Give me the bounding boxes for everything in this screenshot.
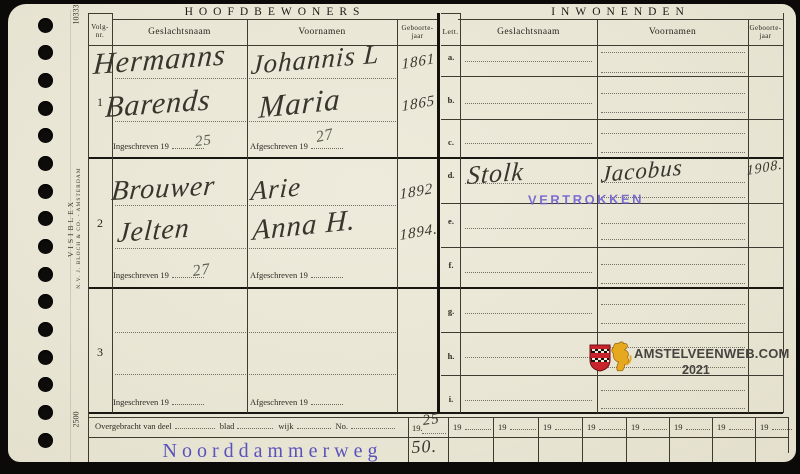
form-number: 10333 (72, 0, 81, 45)
year-cell: 19 (631, 422, 667, 432)
entry-surname: Jelten (116, 213, 191, 250)
row-letter: e. (444, 216, 458, 226)
punch-hole (38, 239, 53, 254)
print-run-number: 2500 (72, 390, 81, 450)
punch-hole (38, 156, 53, 171)
header-surname-right: Geslachtsnaam (460, 27, 597, 37)
year-cell: 19 (760, 422, 792, 432)
punch-hole (38, 267, 53, 282)
header-volgnr: Volg- nr. (88, 23, 112, 39)
row-letter: c. (444, 137, 458, 147)
vertrokken-stamp: VERTROKKEN (528, 191, 644, 207)
punch-hole (38, 322, 53, 337)
punch-hole (38, 18, 53, 33)
row-letter: h. (444, 351, 458, 361)
header-lett: Lett. (441, 27, 460, 36)
year-cell: 19 (498, 422, 536, 432)
header-year-right: Geboorte- jaar (748, 24, 783, 40)
year-cell: 19 (543, 422, 581, 432)
group-number-3: 3 (90, 345, 110, 360)
transfer-year-prefix: 19. (412, 423, 423, 433)
transfer-line: Overgebracht van deel blad wijk No. (95, 421, 395, 431)
street-stamp: Noorddammerweg (140, 440, 405, 463)
right-table-title: INWONENDEN (458, 6, 783, 18)
entry-firstnames: Arie (250, 171, 302, 207)
punch-hole (38, 73, 53, 88)
printer-imprint: VISIBLEX N.V. J. BLOCH & CO. - AMSTERDAM (67, 158, 83, 298)
scanned-register-card: 10333 VISIBLEX N.V. J. BLOCH & CO. - AMS… (0, 0, 800, 474)
lion-icon (608, 340, 634, 372)
registered-label-3: Ingeschreven 19 (113, 397, 204, 407)
entry-surname: Stolk (466, 157, 525, 191)
header-year-left: Geboorte- jaar (397, 24, 438, 40)
punch-hole (38, 405, 53, 420)
deregistered-label-3: Afgeschreven 19 (250, 397, 343, 407)
punch-hole (38, 101, 53, 116)
row-letter: g. (444, 306, 458, 316)
header-firstnames-left: Voornamen (247, 27, 397, 37)
punch-hole (38, 350, 53, 365)
registered-label-1: Ingeschreven 19 (113, 141, 204, 151)
row-letter: a. (444, 52, 458, 62)
punch-hole (38, 294, 53, 309)
punch-hole (38, 45, 53, 60)
entry-surname: Brouwer (110, 170, 217, 208)
watermark-year: 2021 (682, 363, 710, 377)
header-surname-left: Geslachtsnaam (112, 27, 247, 37)
punch-hole (38, 377, 53, 392)
year-cell: 19 (453, 422, 491, 432)
row-letter: i. (444, 394, 458, 404)
house-number: 50. (411, 436, 438, 458)
year-cell: 19 (674, 422, 710, 432)
transfer-year-value: 25 (422, 411, 441, 430)
watermark-site: AMSTELVEENWEB.COM (634, 346, 790, 361)
registered-year-value: 25 (194, 132, 213, 151)
printer-brand: VISIBLEX (67, 158, 75, 298)
punch-hole (38, 184, 53, 199)
group-number-2: 2 (90, 216, 110, 231)
deregistered-year-value: 27 (314, 126, 335, 147)
deregistered-label-2: Afgeschreven 19 (250, 270, 343, 280)
registered-year-value: 27 (191, 261, 211, 281)
row-letter: b. (444, 95, 458, 105)
row-letter: f. (444, 260, 458, 270)
year-cell: 19 (717, 422, 753, 432)
punch-hole (38, 128, 53, 143)
year-cell: 19 (587, 422, 625, 432)
punch-hole (38, 211, 53, 226)
registered-label-2: Ingeschreven 19 (113, 270, 204, 280)
header-firstnames-right: Voornamen (597, 27, 748, 37)
punch-hole (38, 433, 53, 448)
row-letter: d. (444, 170, 458, 180)
left-table-title: HOOFDBEWONERS (112, 6, 438, 18)
printer-address: N.V. J. BLOCH & CO. - AMSTERDAM (75, 158, 83, 298)
